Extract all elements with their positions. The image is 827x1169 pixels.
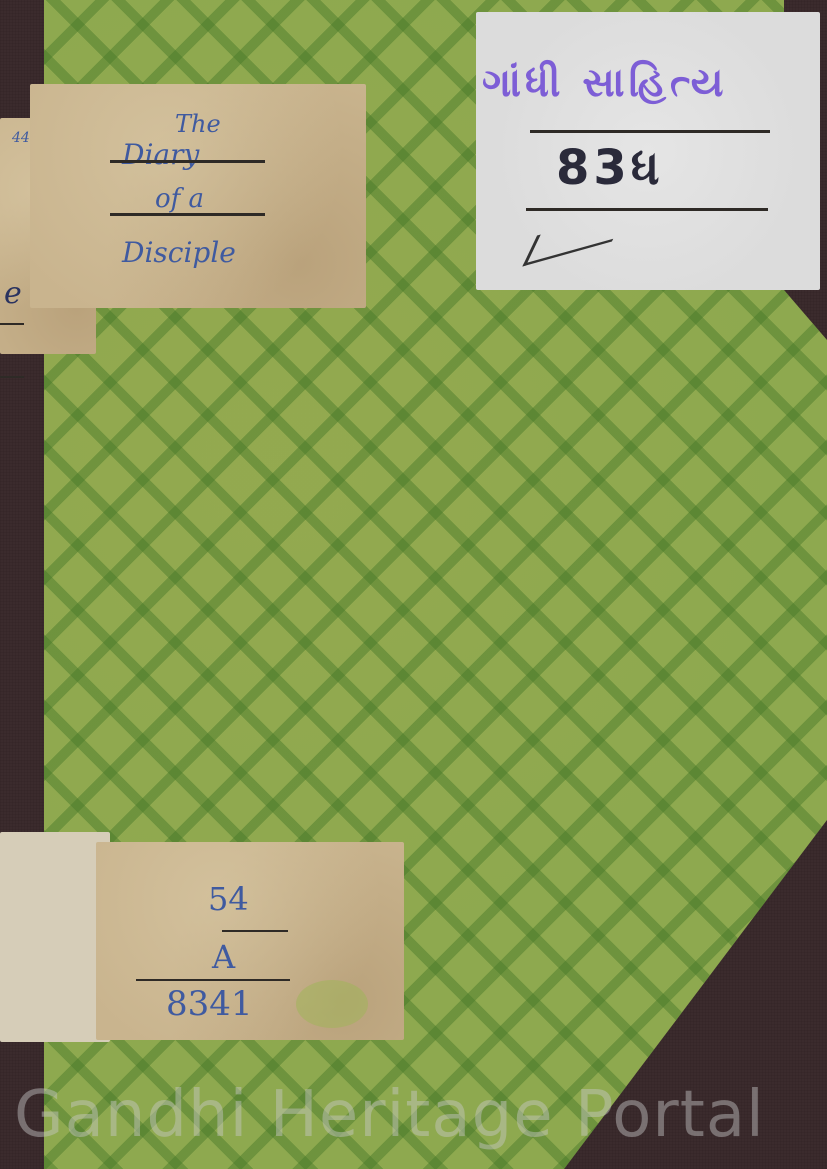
stain <box>296 980 368 1028</box>
title-line-3: of a <box>155 184 204 214</box>
title-rule-1 <box>110 160 265 163</box>
bottom-label-line-3: 8341 <box>166 984 253 1024</box>
library-stamp-heading: ગાંધી સાહિત્ય <box>482 60 728 106</box>
title-rule-2 <box>110 213 265 216</box>
library-stamp-label: ગાંધી સાહિત્ય 83ધ <box>476 12 820 290</box>
bottom-rule-2 <box>136 979 290 981</box>
rule <box>0 376 24 378</box>
rule <box>0 323 24 325</box>
watermark: Gandhi Heritage Portal <box>14 1078 765 1152</box>
title-line-2: Diary <box>122 138 199 171</box>
stamp-rule-1 <box>530 130 770 133</box>
bottom-label-line-1: 54 <box>208 880 249 918</box>
library-call-number: 83ધ <box>556 140 664 197</box>
spine-label-letter: e <box>4 276 22 311</box>
check-mark-icon <box>522 211 626 267</box>
bottom-label-line-2: A <box>212 938 235 976</box>
bottom-label: 54 A 8341 <box>96 842 404 1040</box>
bottom-rule-1 <box>222 930 288 932</box>
title-label: The Diary of a Disciple <box>30 84 366 308</box>
scanned-page: 4462 e The Diary of a Disciple ગાંધી સાહ… <box>0 0 827 1169</box>
spine-label-bottom <box>0 832 110 1042</box>
title-line-1: The <box>175 110 221 138</box>
title-line-4: Disciple <box>122 236 236 269</box>
stamp-rule-2 <box>526 208 768 211</box>
